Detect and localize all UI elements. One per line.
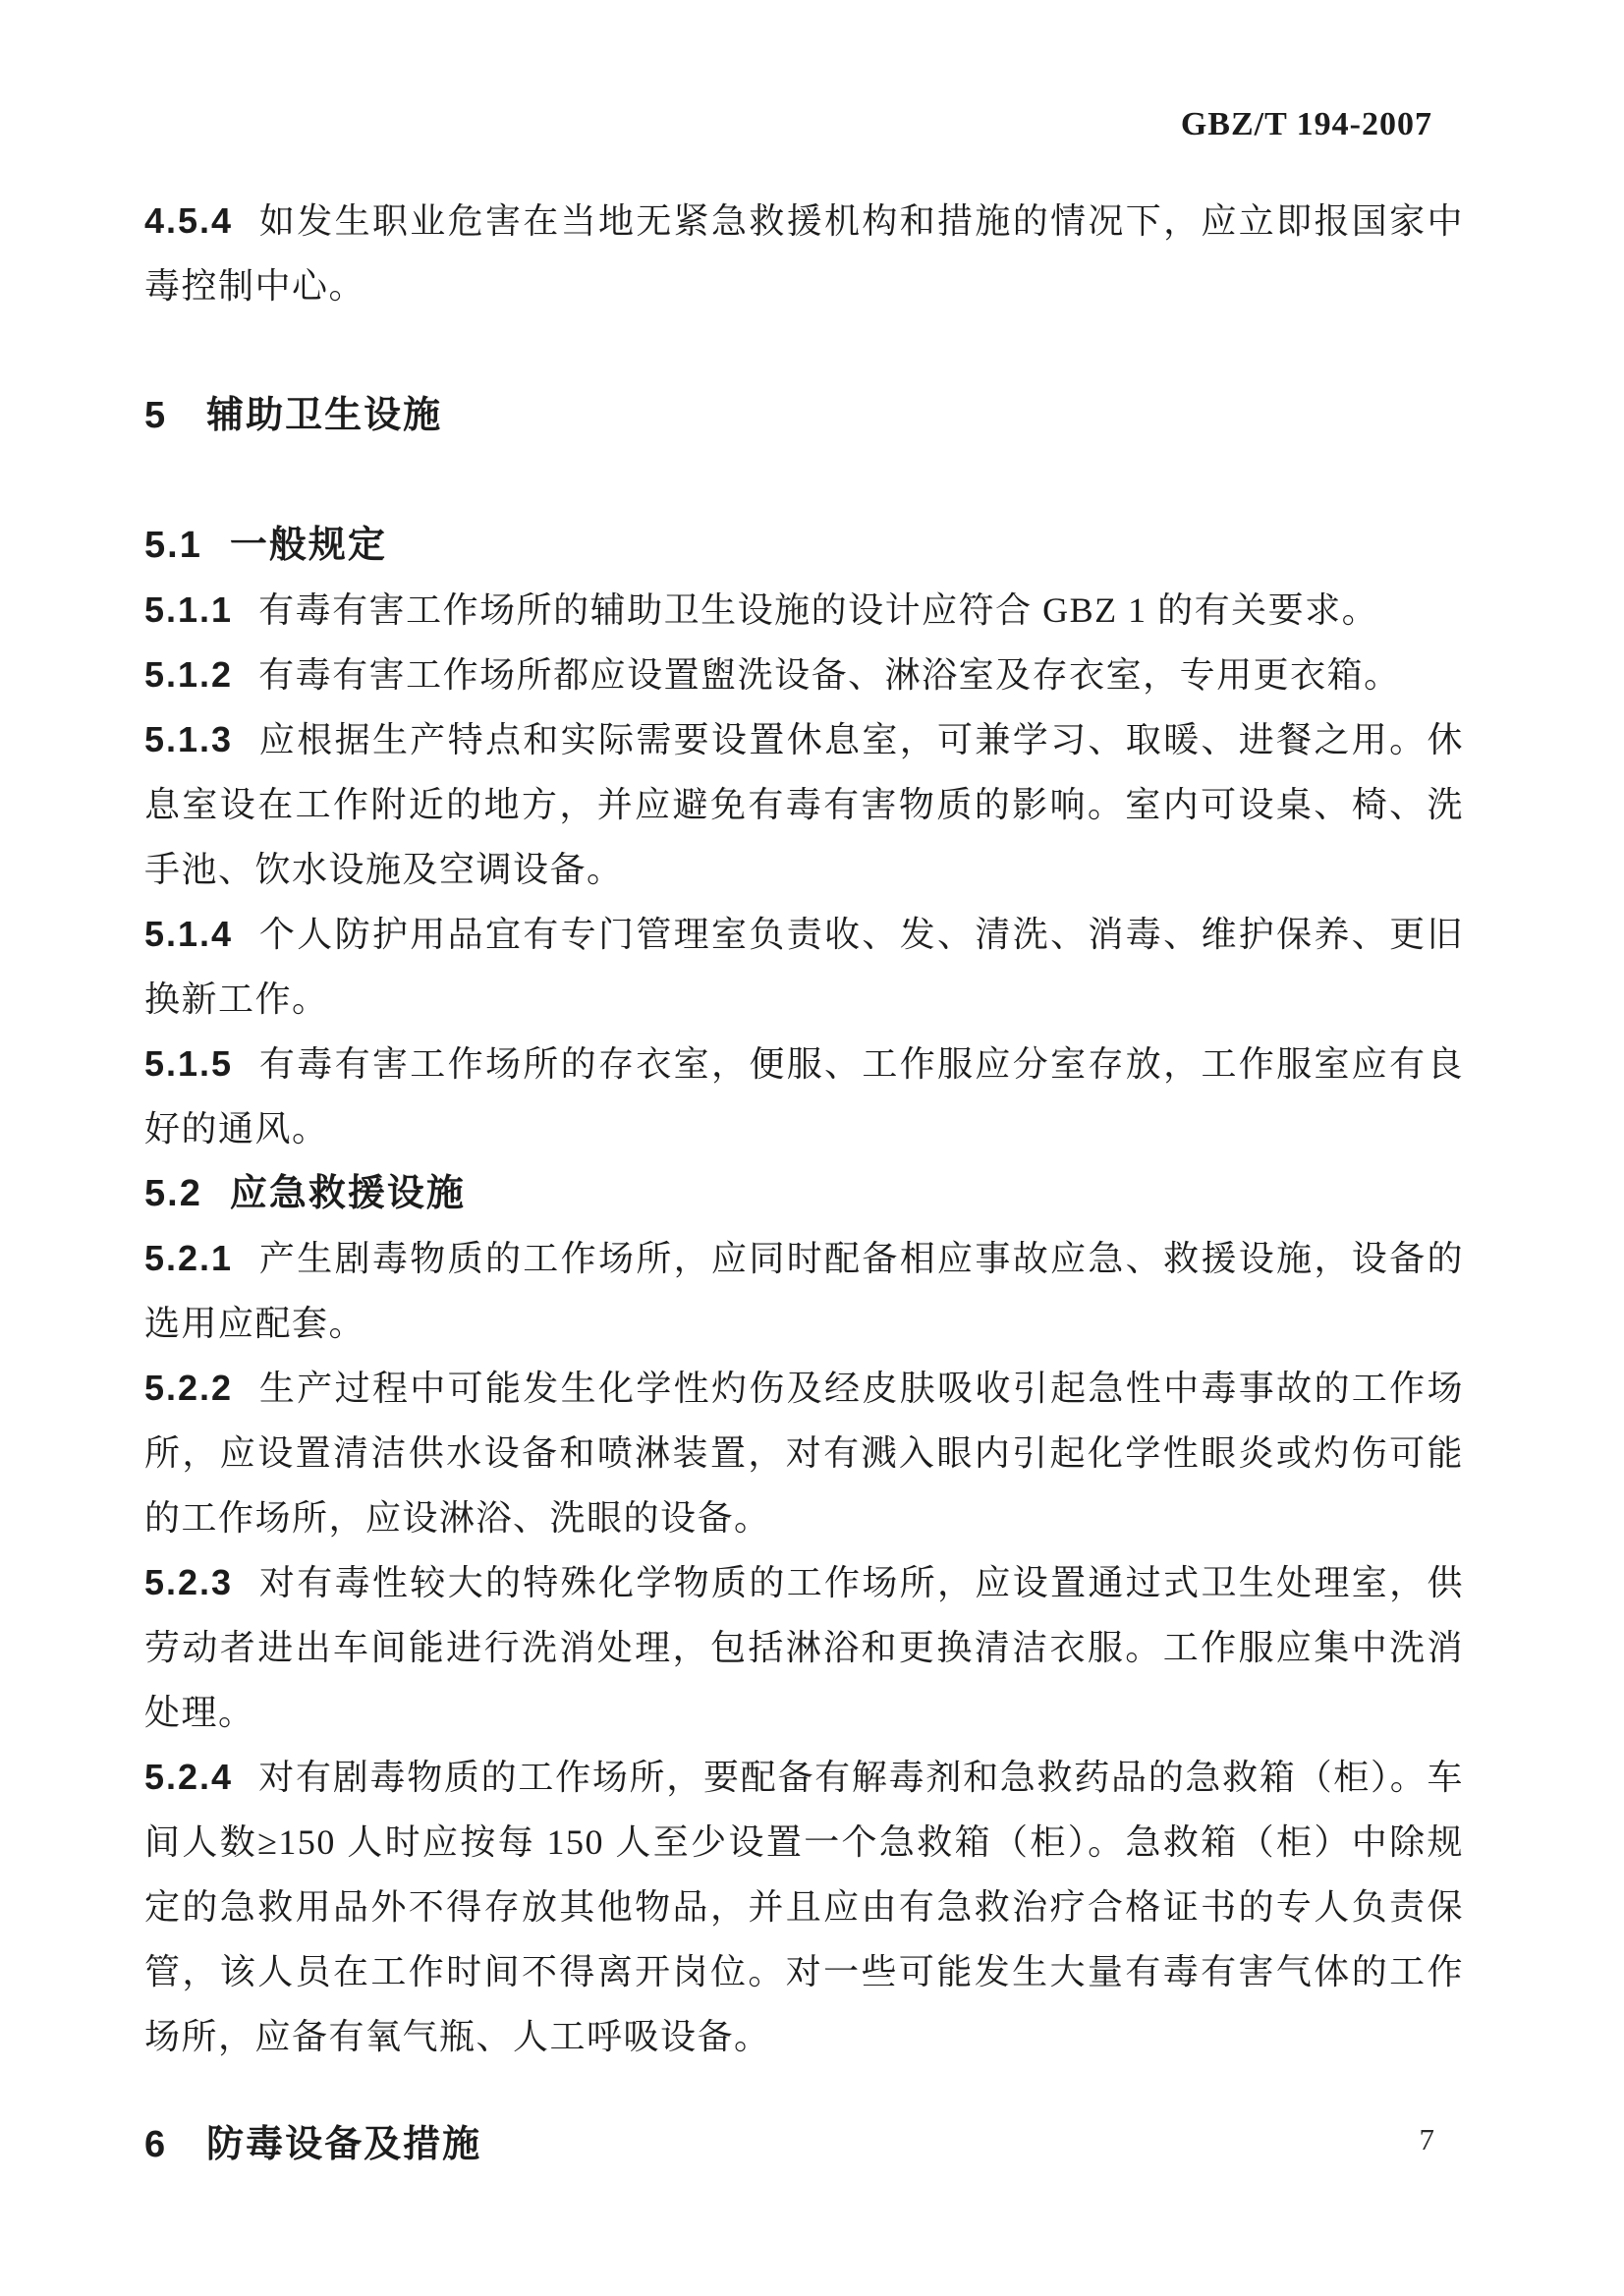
subsection-heading-5-1: 5.1一般规定 [144, 513, 1464, 578]
clause-5-1-5: 5.1.5有毒有害工作场所的存衣室，便服、工作服应分室存放，工作服室应有良好的通… [144, 1032, 1464, 1161]
section-number: 5 [144, 395, 167, 436]
subsection-title: 应急救援设施 [230, 1173, 466, 1214]
clause-number: 5.1.2 [144, 654, 233, 695]
page-number: 7 [1420, 2122, 1435, 2157]
clause-text: 对有剧毒物质的工作场所，要配备有解毒剂和急救药品的急救箱（柜）。车间人数≥150… [144, 1758, 1464, 2056]
clause-5-2-3: 5.2.3对有毒性较大的特殊化学物质的工作场所，应设置通过式卫生处理室，供劳动者… [144, 1550, 1464, 1745]
clause-text: 个人防护用品宜有专门管理室负责收、发、清洗、消毒、维护保养、更旧换新工作。 [144, 915, 1464, 1019]
clause-5-1-3: 5.1.3应根据生产特点和实际需要设置休息室，可兼学习、取暖、进餐之用。休息室设… [144, 707, 1464, 902]
clause-text: 对有毒性较大的特殊化学物质的工作场所，应设置通过式卫生处理室，供劳动者进出车间能… [144, 1563, 1464, 1732]
clause-text: 生产过程中可能发生化学性灼伤及经皮肤吸收引起急性中毒事故的工作场所，应设置清洁供… [144, 1369, 1464, 1538]
clause-text: 有毒有害工作场所的存衣室，便服、工作服应分室存放，工作服室应有良好的通风。 [144, 1044, 1464, 1148]
clause-5-1-2: 5.1.2有毒有害工作场所都应设置盥洗设备、淋浴室及存衣室，专用更衣箱。 [144, 643, 1464, 707]
section-heading-5: 5辅助卫生设施 [144, 383, 1464, 448]
subsection-title: 一般规定 [230, 525, 387, 566]
clause-text: 应根据生产特点和实际需要设置休息室，可兼学习、取暖、进餐之用。休息室设在工作附近… [144, 720, 1464, 889]
clause-number: 4.5.4 [144, 200, 233, 241]
clause-number: 5.2.4 [144, 1757, 233, 1797]
clause-number: 5.1.4 [144, 914, 233, 954]
clause-text: 有毒有害工作场所的辅助卫生设施的设计应符合 GBZ 1 的有关要求。 [258, 590, 1378, 630]
clause-text: 产生剧毒物质的工作场所，应同时配备相应事故应急、救援设施，设备的选用应配套。 [144, 1239, 1464, 1343]
subsection-heading-5-2: 5.2应急救援设施 [144, 1161, 1464, 1226]
section-title: 防毒设备及措施 [206, 2124, 481, 2165]
section-heading-6: 6防毒设备及措施 [144, 2112, 1464, 2177]
clause-5-1-1: 5.1.1有毒有害工作场所的辅助卫生设施的设计应符合 GBZ 1 的有关要求。 [144, 578, 1464, 643]
clause-5-1-4: 5.1.4个人防护用品宜有专门管理室负责收、发、清洗、消毒、维护保养、更旧换新工… [144, 902, 1464, 1032]
clause-text: 有毒有害工作场所都应设置盥洗设备、淋浴室及存衣室，专用更衣箱。 [258, 655, 1401, 695]
subsection-number: 5.1 [144, 525, 202, 566]
clause-5-2-1: 5.2.1产生剧毒物质的工作场所，应同时配备相应事故应急、救援设施，设备的选用应… [144, 1226, 1464, 1356]
section-number: 6 [144, 2124, 167, 2165]
subsection-number: 5.2 [144, 1173, 202, 1214]
clause-number: 5.2.3 [144, 1562, 233, 1602]
clause-number: 5.1.3 [144, 719, 233, 759]
clause-number: 5.2.1 [144, 1238, 233, 1278]
clause-4-5-4: 4.5.4如发生职业危害在当地无紧急救援机构和措施的情况下，应立即报国家中毒控制… [144, 189, 1464, 318]
clause-number: 5.1.5 [144, 1043, 233, 1084]
clause-5-2-4: 5.2.4对有剧毒物质的工作场所，要配备有解毒剂和急救药品的急救箱（柜）。车间人… [144, 1745, 1464, 2069]
header-doc-number: GBZ/T 194-2007 [144, 103, 1464, 146]
clause-number: 5.1.1 [144, 589, 233, 630]
clause-text: 如发生职业危害在当地无紧急救援机构和措施的情况下，应立即报国家中毒控制中心。 [144, 201, 1464, 306]
document-page: GBZ/T 194-2007 4.5.4如发生职业危害在当地无紧急救援机构和措施… [0, 0, 1624, 2296]
page-content: GBZ/T 194-2007 4.5.4如发生职业危害在当地无紧急救援机构和措施… [0, 0, 1624, 2177]
clause-number: 5.2.2 [144, 1368, 233, 1408]
clause-5-2-2: 5.2.2生产过程中可能发生化学性灼伤及经皮肤吸收引起急性中毒事故的工作场所，应… [144, 1356, 1464, 1550]
section-title: 辅助卫生设施 [206, 395, 442, 436]
